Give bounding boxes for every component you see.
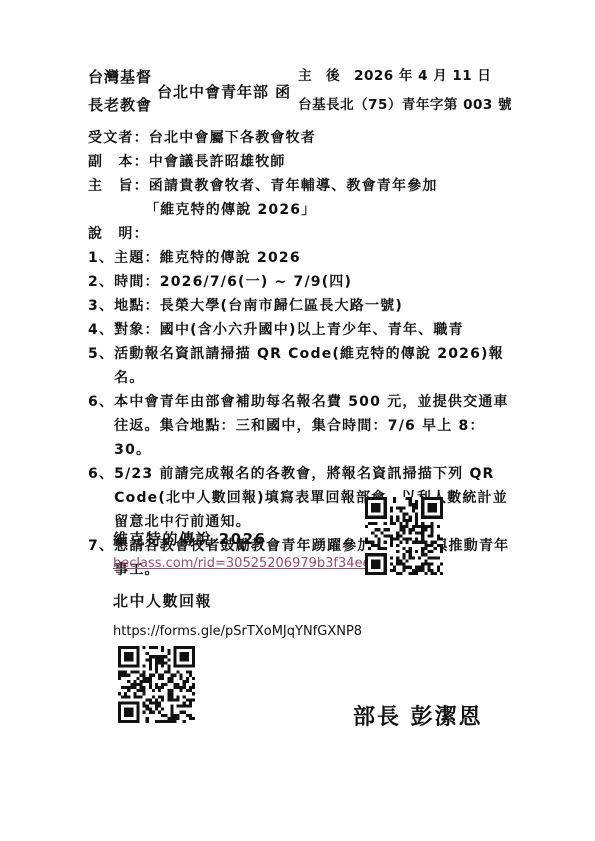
event-title: 維克特的傳說 2026 xyxy=(113,528,266,549)
item-number: 2、 xyxy=(88,270,114,294)
item-number: 5、 xyxy=(88,342,114,390)
letter-meta: 受文者：台北中會屬下各教會牧者 副 本：中會議長許昭雄牧師 主 旨：函請貴教會牧… xyxy=(88,126,512,222)
ref-number-line: 台基長北（75）青年字第 003 號 xyxy=(298,91,512,120)
item-number: 1、 xyxy=(88,246,114,270)
item-text: 5/23 前請完成報名的各教會，將報名資訊掃描下列 QR Code(北中人數回報… xyxy=(114,462,512,534)
item-number: 6、 xyxy=(88,390,114,462)
cc-line: 副 本：中會議長許昭雄牧師 xyxy=(88,150,512,174)
explain-item-5: 5、 活動報名資訊請掃描 QR Code(維克特的傳說 2026)報名。 xyxy=(88,342,512,390)
letter-header: 台灣基督 長老教會 台北中會青年部 函 主 後 2026 年 4 月 11 日 … xyxy=(88,62,512,120)
item-text: 時間：2026/7/6(一) ~ 7/9(四) xyxy=(114,270,512,294)
signature: 部長 彭潔恩 xyxy=(353,700,483,731)
org-name-line2: 長老教會 xyxy=(88,91,152,119)
date-line: 主 後 2026 年 4 月 11 日 xyxy=(298,62,512,91)
explain-item-3: 3、 地點：長榮大學(台南市歸仁區長大路一號) xyxy=(88,294,512,318)
org-name-line1: 台灣基督 xyxy=(88,63,152,91)
qr-code-report xyxy=(118,646,195,723)
item-text: 主題：維克特的傳說 2026 xyxy=(114,246,512,270)
item-number: 4、 xyxy=(88,318,114,342)
explain-item-2: 2、 時間：2026/7/6(一) ~ 7/9(四) xyxy=(88,270,512,294)
document-page: 台灣基督 長老教會 台北中會青年部 函 主 後 2026 年 4 月 11 日 … xyxy=(0,0,595,841)
item-text: 地點：長榮大學(台南市歸仁區長大路一號) xyxy=(114,294,512,318)
item-text: 本中會青年由部會補助每名報名費 500 元，並提供交通車往返。集合地點：三和國中… xyxy=(114,390,512,462)
explain-item-6a: 6、 本中會青年由部會補助每名報名費 500 元，並提供交通車往返。集合地點：三… xyxy=(88,390,512,462)
explain-item-4: 4、 對象：國中(含小六升國中)以上青少年、青年、職青 xyxy=(88,318,512,342)
subject-line: 主 旨：函請貴教會牧者、青年輔導、教會青年參加 xyxy=(88,174,512,198)
event-registration-link[interactable]: beclass.com/rid=30525206979b3f34eeed xyxy=(113,556,387,571)
qr-code-event xyxy=(365,497,443,575)
headcount-report-link: https://forms.gle/pSrTXoMJqYNfGXNP8 xyxy=(113,624,362,639)
dept-title: 台北中會青年部 函 xyxy=(157,81,291,102)
ref-block: 主 後 2026 年 4 月 11 日 台基長北（75）青年字第 003 號 xyxy=(298,62,512,120)
item-number: 7、 xyxy=(88,534,114,582)
report-title: 北中人數回報 xyxy=(113,590,212,611)
explain-item-1: 1、 主題：維克特的傳說 2026 xyxy=(88,246,512,270)
subject-line2: 「維克特的傳說 2026」 xyxy=(88,198,512,222)
item-number: 3、 xyxy=(88,294,114,318)
org-name: 台灣基督 長老教會 xyxy=(88,63,152,119)
item-number: 6、 xyxy=(88,462,114,534)
explain-label: 說 明： xyxy=(88,222,512,246)
explain-item-6b: 6、 5/23 前請完成報名的各教會，將報名資訊掃描下列 QR Code(北中人… xyxy=(88,462,512,534)
item-text: 對象：國中(含小六升國中)以上青少年、青年、職青 xyxy=(114,318,512,342)
recipient-line: 受文者：台北中會屬下各教會牧者 xyxy=(88,126,512,150)
item-text: 活動報名資訊請掃描 QR Code(維克特的傳說 2026)報名。 xyxy=(114,342,512,390)
